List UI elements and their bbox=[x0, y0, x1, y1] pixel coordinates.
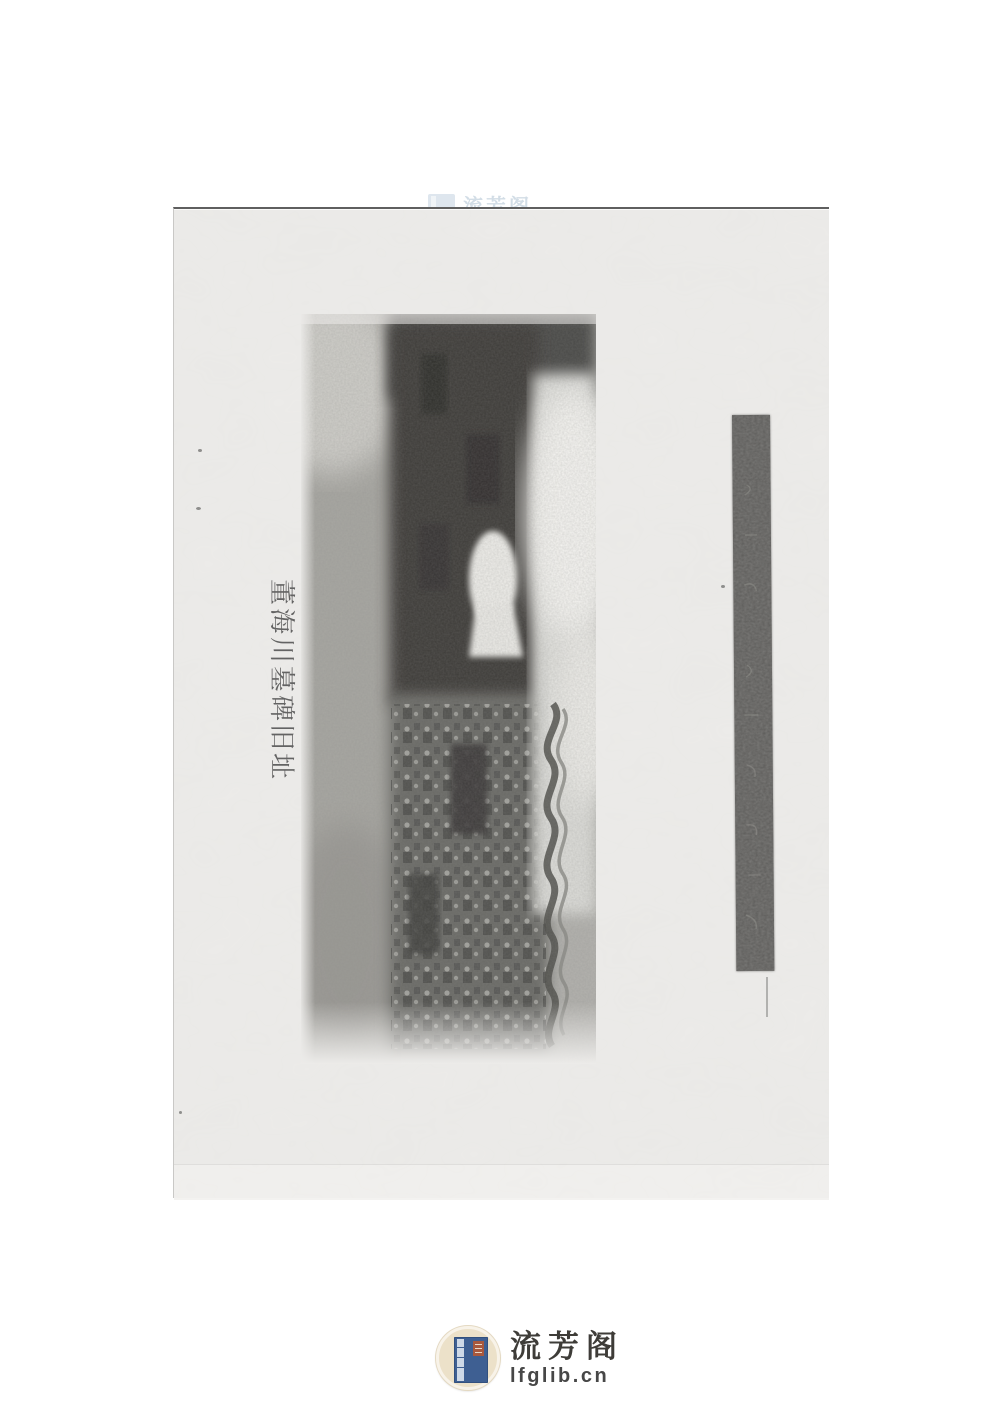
screenshot-root: 流芳阁 lfglib.cn bbox=[0, 0, 1002, 1416]
book-title-label bbox=[473, 1341, 484, 1356]
scan-speck bbox=[198, 449, 202, 452]
site-logo: 流芳阁 lfglib.cn bbox=[436, 1326, 624, 1390]
scanned-book-page: 董海川墓碑旧址 bbox=[173, 207, 829, 1198]
scan-light-band bbox=[174, 1164, 829, 1200]
logo-site-name: 流芳阁 bbox=[510, 1331, 624, 1362]
logo-site-domain: lfglib.cn bbox=[510, 1366, 624, 1386]
scan-speck bbox=[179, 1111, 182, 1114]
photo-caption-vertical: 董海川墓碑旧址 bbox=[263, 579, 299, 804]
scan-speck bbox=[721, 585, 725, 588]
book-binding-decoration bbox=[457, 1339, 464, 1381]
scan-artifact-line bbox=[766, 977, 768, 1017]
scan-speck bbox=[196, 507, 201, 510]
logo-badge bbox=[436, 1326, 500, 1390]
stele-inscription-strip bbox=[732, 415, 774, 971]
book-icon bbox=[454, 1337, 488, 1383]
tomb-site-photograph bbox=[301, 314, 596, 1064]
logo-text-block: 流芳阁 lfglib.cn bbox=[510, 1331, 624, 1386]
